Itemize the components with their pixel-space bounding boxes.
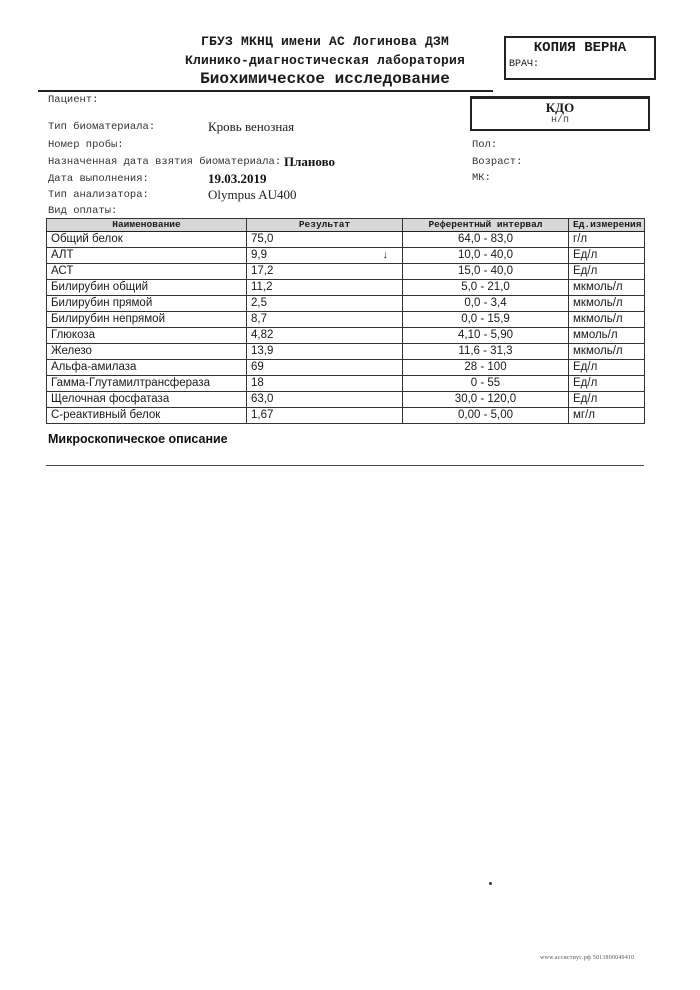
table-row: Билирубин общий11,25,0 - 21,0мкмоль/л xyxy=(47,280,645,296)
copy-certified-stamp: КОПИЯ ВЕРНА ВРАЧ: xyxy=(504,36,656,80)
cell-name: Альфа-амилаза xyxy=(47,360,247,376)
cell-unit-text: г/л xyxy=(573,233,587,245)
patient-label: Пациент: xyxy=(48,94,98,106)
cell-result-text: 2,5 xyxy=(251,297,267,309)
cell-reference-text: 5,0 - 21,0 xyxy=(461,281,510,293)
cell-name-text: Глюкоза xyxy=(51,329,95,341)
cell-reference-text: 15,0 - 40,0 xyxy=(458,265,513,277)
cell-reference-text: 11,6 - 31,3 xyxy=(458,345,512,357)
scheduled-date-value: Планово xyxy=(284,154,335,170)
cell-result-text: 17,2 xyxy=(251,265,273,277)
table-row: Альфа-амилаза6928 - 100Ед/л xyxy=(47,360,645,376)
table-row: С-реактивный белок1,670,00 - 5,00мг/л xyxy=(47,408,645,424)
cell-result-text: 4,82 xyxy=(251,329,273,341)
cell-result: 75,0 xyxy=(247,232,403,248)
cell-name: Билирубин непрямой xyxy=(47,312,247,328)
sample-number-label: Номер пробы: xyxy=(48,139,124,151)
table-row: Билирубин непрямой8,70,0 - 15,9мкмоль/л xyxy=(47,312,645,328)
document-header: ГБУЗ МКНЦ имени АС Логинова ДЗМ Клинико-… xyxy=(150,32,500,89)
cell-reference-text: 10,0 - 40,0 xyxy=(458,249,513,261)
cell-result: 11,2 xyxy=(247,280,403,296)
cell-name: С-реактивный белок xyxy=(47,408,247,424)
cell-reference-text: 0,0 - 15,9 xyxy=(461,313,510,325)
cell-result: 69 xyxy=(247,360,403,376)
cell-name-text: Билирубин общий xyxy=(51,281,148,293)
analyzer-label: Тип анализатора: xyxy=(48,189,149,201)
cell-reference-text: 4,10 - 5,90 xyxy=(458,329,513,341)
results-body: Общий белок75,064,0 - 83,0г/лАЛТ9,9↓10,0… xyxy=(47,232,645,424)
stamp-doctor-label: ВРАЧ: xyxy=(509,59,539,70)
header-divider xyxy=(38,90,493,92)
cell-result-text: 63,0 xyxy=(251,393,273,405)
cell-reference: 0,0 - 15,9 xyxy=(403,312,569,328)
header-name: Наименование xyxy=(47,219,247,232)
cell-reference: 0 - 55 xyxy=(403,376,569,392)
cell-reference: 5,0 - 21,0 xyxy=(403,280,569,296)
cell-name-text: Альфа-амилаза xyxy=(51,361,136,373)
scan-speck xyxy=(489,882,492,885)
cell-reference: 4,10 - 5,90 xyxy=(403,328,569,344)
cell-unit-text: Ед/л xyxy=(573,393,597,405)
cell-unit: Ед/л xyxy=(569,264,645,280)
cell-unit-text: мкмоль/л xyxy=(573,313,623,325)
cell-name-text: АСТ xyxy=(51,265,73,277)
cell-name-text: АЛТ xyxy=(51,249,74,261)
cell-reference-text: 64,0 - 83,0 xyxy=(458,233,513,245)
cell-unit: мкмоль/л xyxy=(569,280,645,296)
cell-name: АЛТ xyxy=(47,248,247,264)
cell-unit: Ед/л xyxy=(569,360,645,376)
table-row: Железо13,911,6 - 31,3мкмоль/л xyxy=(47,344,645,360)
execution-date-value: 19.03.2019 xyxy=(208,171,267,187)
cell-name-text: Общий белок xyxy=(51,233,123,245)
microscopic-description-title: Микроскопическое описание xyxy=(48,432,228,446)
cell-result: 18 xyxy=(247,376,403,392)
cell-result-text: 8,7 xyxy=(251,313,267,325)
biomaterial-label: Тип биоматериала: xyxy=(48,121,155,133)
age-label: Возраст: xyxy=(472,156,522,168)
cell-result-text: 9,9 xyxy=(251,249,267,261)
cell-reference: 15,0 - 40,0 xyxy=(403,264,569,280)
cell-result-text: 11,2 xyxy=(251,281,273,293)
cell-unit: мкмоль/л xyxy=(569,296,645,312)
section-divider xyxy=(46,465,644,466)
cell-reference: 10,0 - 40,0 xyxy=(403,248,569,264)
cell-result: 8,7 xyxy=(247,312,403,328)
cell-name: Билирубин общий xyxy=(47,280,247,296)
cell-name-text: Щелочная фосфатаза xyxy=(51,393,169,405)
cell-result: 4,82 xyxy=(247,328,403,344)
footer-watermark: www.ассистиус.рф 5013800049410 xyxy=(540,955,634,961)
cell-result-text: 69 xyxy=(251,361,264,373)
cell-name: Гамма-Глутамилтрансфераза xyxy=(47,376,247,392)
cell-result-text: 75,0 xyxy=(251,233,273,245)
header-reference: Референтный интервал xyxy=(403,219,569,232)
cell-reference-text: 0 - 55 xyxy=(471,377,500,389)
kdo-box: КДО н/п xyxy=(470,96,650,131)
mk-label: МК: xyxy=(472,172,491,184)
cell-reference-text: 0,00 - 5,00 xyxy=(458,409,513,421)
table-row: Глюкоза4,824,10 - 5,90ммоль/л xyxy=(47,328,645,344)
cell-reference-text: 30,0 - 120,0 xyxy=(455,393,516,405)
kdo-subtitle: н/п xyxy=(472,115,648,126)
cell-reference: 30,0 - 120,0 xyxy=(403,392,569,408)
cell-result: 63,0 xyxy=(247,392,403,408)
document-title: Биохимическое исследование xyxy=(150,70,500,89)
kdo-title: КДО xyxy=(472,100,648,116)
cell-result: 17,2 xyxy=(247,264,403,280)
cell-reference: 0,00 - 5,00 xyxy=(403,408,569,424)
cell-unit-text: мкмоль/л xyxy=(573,297,623,309)
header-unit: Ед.измерения xyxy=(569,219,645,232)
cell-reference: 28 - 100 xyxy=(403,360,569,376)
cell-unit: Ед/л xyxy=(569,376,645,392)
payment-type-label: Вид оплаты: xyxy=(48,205,117,217)
cell-reference: 11,6 - 31,3 xyxy=(403,344,569,360)
cell-name-text: Билирубин непрямой xyxy=(51,313,165,325)
cell-reference-text: 0,0 - 3,4 xyxy=(464,297,506,309)
cell-name: Щелочная фосфатаза xyxy=(47,392,247,408)
table-row: Гамма-Глутамилтрансфераза180 - 55Ед/л xyxy=(47,376,645,392)
cell-result-text: 18 xyxy=(251,377,264,389)
header-result: Результат xyxy=(247,219,403,232)
analyzer-value: Olympus AU400 xyxy=(208,187,296,203)
cell-result: 2,5 xyxy=(247,296,403,312)
cell-result-text: 1,67 xyxy=(251,409,273,421)
cell-name-text: С-реактивный белок xyxy=(51,409,160,421)
cell-unit: ммоль/л xyxy=(569,328,645,344)
cell-unit-text: мкмоль/л xyxy=(573,345,623,357)
stamp-title: КОПИЯ ВЕРНА xyxy=(506,40,654,56)
cell-unit: г/л xyxy=(569,232,645,248)
cell-name-text: Билирубин прямой xyxy=(51,297,152,309)
cell-name: Общий белок xyxy=(47,232,247,248)
cell-result: 13,9 xyxy=(247,344,403,360)
cell-name-text: Железо xyxy=(51,345,92,357)
scheduled-date-label: Назначенная дата взятия биоматериала: xyxy=(48,156,281,168)
table-row: Щелочная фосфатаза63,030,0 - 120,0Ед/л xyxy=(47,392,645,408)
cell-result: 1,67 xyxy=(247,408,403,424)
cell-unit: мг/л xyxy=(569,408,645,424)
cell-name: АСТ xyxy=(47,264,247,280)
cell-unit: мкмоль/л xyxy=(569,312,645,328)
institution-name: ГБУЗ МКНЦ имени АС Логинова ДЗМ xyxy=(150,32,500,51)
table-row: Общий белок75,064,0 - 83,0г/л xyxy=(47,232,645,248)
cell-unit-text: Ед/л xyxy=(573,361,597,373)
cell-unit-text: ммоль/л xyxy=(573,329,618,341)
cell-unit-text: Ед/л xyxy=(573,377,597,389)
table-row: Билирубин прямой2,50,0 - 3,4мкмоль/л xyxy=(47,296,645,312)
department-name: Клинико-диагностическая лаборатория xyxy=(150,51,500,70)
cell-unit-text: Ед/л xyxy=(573,249,597,261)
cell-result: 9,9↓ xyxy=(247,248,403,264)
cell-unit-text: Ед/л xyxy=(573,265,597,277)
table-row: АЛТ9,9↓10,0 - 40,0Ед/л xyxy=(47,248,645,264)
cell-reference: 0,0 - 3,4 xyxy=(403,296,569,312)
execution-date-label: Дата выполнения: xyxy=(48,173,149,185)
cell-unit: Ед/л xyxy=(569,248,645,264)
sex-label: Пол: xyxy=(472,139,497,151)
table-row: АСТ17,215,0 - 40,0Ед/л xyxy=(47,264,645,280)
results-table: Наименование Результат Референтный интер… xyxy=(46,218,645,424)
table-header-row: Наименование Результат Референтный интер… xyxy=(47,219,645,232)
cell-reference: 64,0 - 83,0 xyxy=(403,232,569,248)
cell-unit: Ед/л xyxy=(569,392,645,408)
biomaterial-value: Кровь венозная xyxy=(208,119,294,135)
cell-unit-text: мг/л xyxy=(573,409,595,421)
cell-name: Железо xyxy=(47,344,247,360)
cell-unit-text: мкмоль/л xyxy=(573,281,623,293)
cell-reference-text: 28 - 100 xyxy=(464,361,506,373)
cell-name: Глюкоза xyxy=(47,328,247,344)
cell-unit: мкмоль/л xyxy=(569,344,645,360)
low-flag-arrow-icon: ↓ xyxy=(383,248,389,263)
cell-name: Билирубин прямой xyxy=(47,296,247,312)
cell-result-text: 13,9 xyxy=(251,345,273,357)
cell-name-text: Гамма-Глутамилтрансфераза xyxy=(51,377,210,389)
